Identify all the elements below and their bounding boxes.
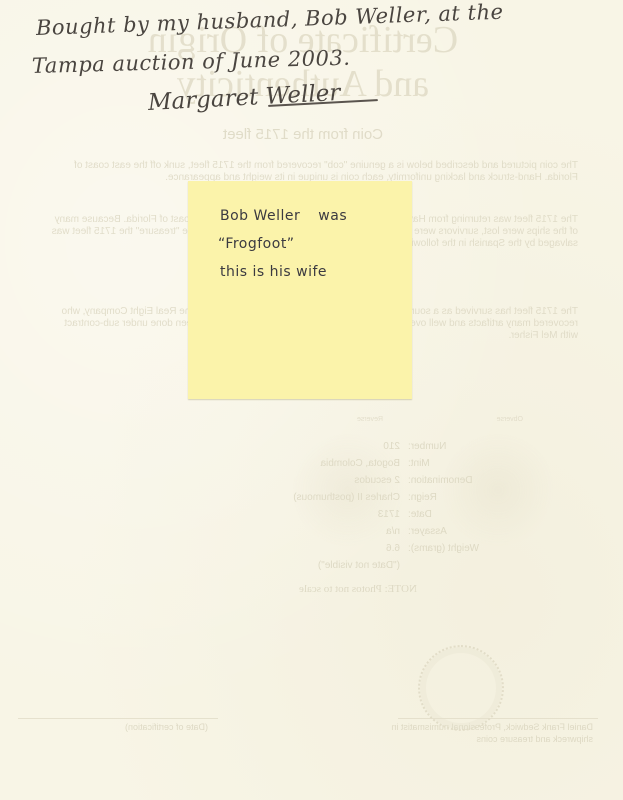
sticky-note-line-1: Bob Wellerwas: [220, 208, 347, 224]
detail-row: Assayer:n/a: [203, 523, 503, 540]
coin-label-reverse: Reverse: [357, 416, 383, 423]
coin-label-obverse: Obverse: [497, 416, 523, 423]
detail-row: Weight (grams):6.6: [203, 540, 503, 557]
embossed-seal: [418, 645, 504, 731]
detail-row: Number:210: [203, 438, 503, 455]
detail-row: ("Date not visible"): [203, 557, 503, 574]
date-line: [18, 718, 218, 719]
date-caption: (Date of certification): [28, 721, 208, 733]
signature-line: [398, 718, 598, 719]
detail-row: Reign:Charles II (posthumous): [203, 489, 503, 506]
scanned-page: Certificate of Origin and Authenticity C…: [0, 0, 623, 800]
sticky-note: Bob Wellerwas “Frogfoot” this is his wif…: [188, 181, 412, 399]
sticky-note-line-2: “Frogfoot”: [218, 236, 295, 252]
bleed-through-layer: Certificate of Origin and Authenticity C…: [0, 0, 623, 800]
photos-scale-note: NOTE: Photos not to scale: [233, 583, 483, 595]
certificate-subtitle: Coin from the 1715 fleet: [103, 126, 503, 143]
detail-row: Mint:Bogota, Colombia: [203, 455, 503, 472]
detail-row: Date:1713: [203, 506, 503, 523]
coin-details-table: Number:210 Mint:Bogota, Colombia Denomin…: [203, 438, 503, 574]
detail-row: Denomination:2 escudos: [203, 472, 503, 489]
sticky-note-line-3: this is his wife: [220, 264, 327, 280]
